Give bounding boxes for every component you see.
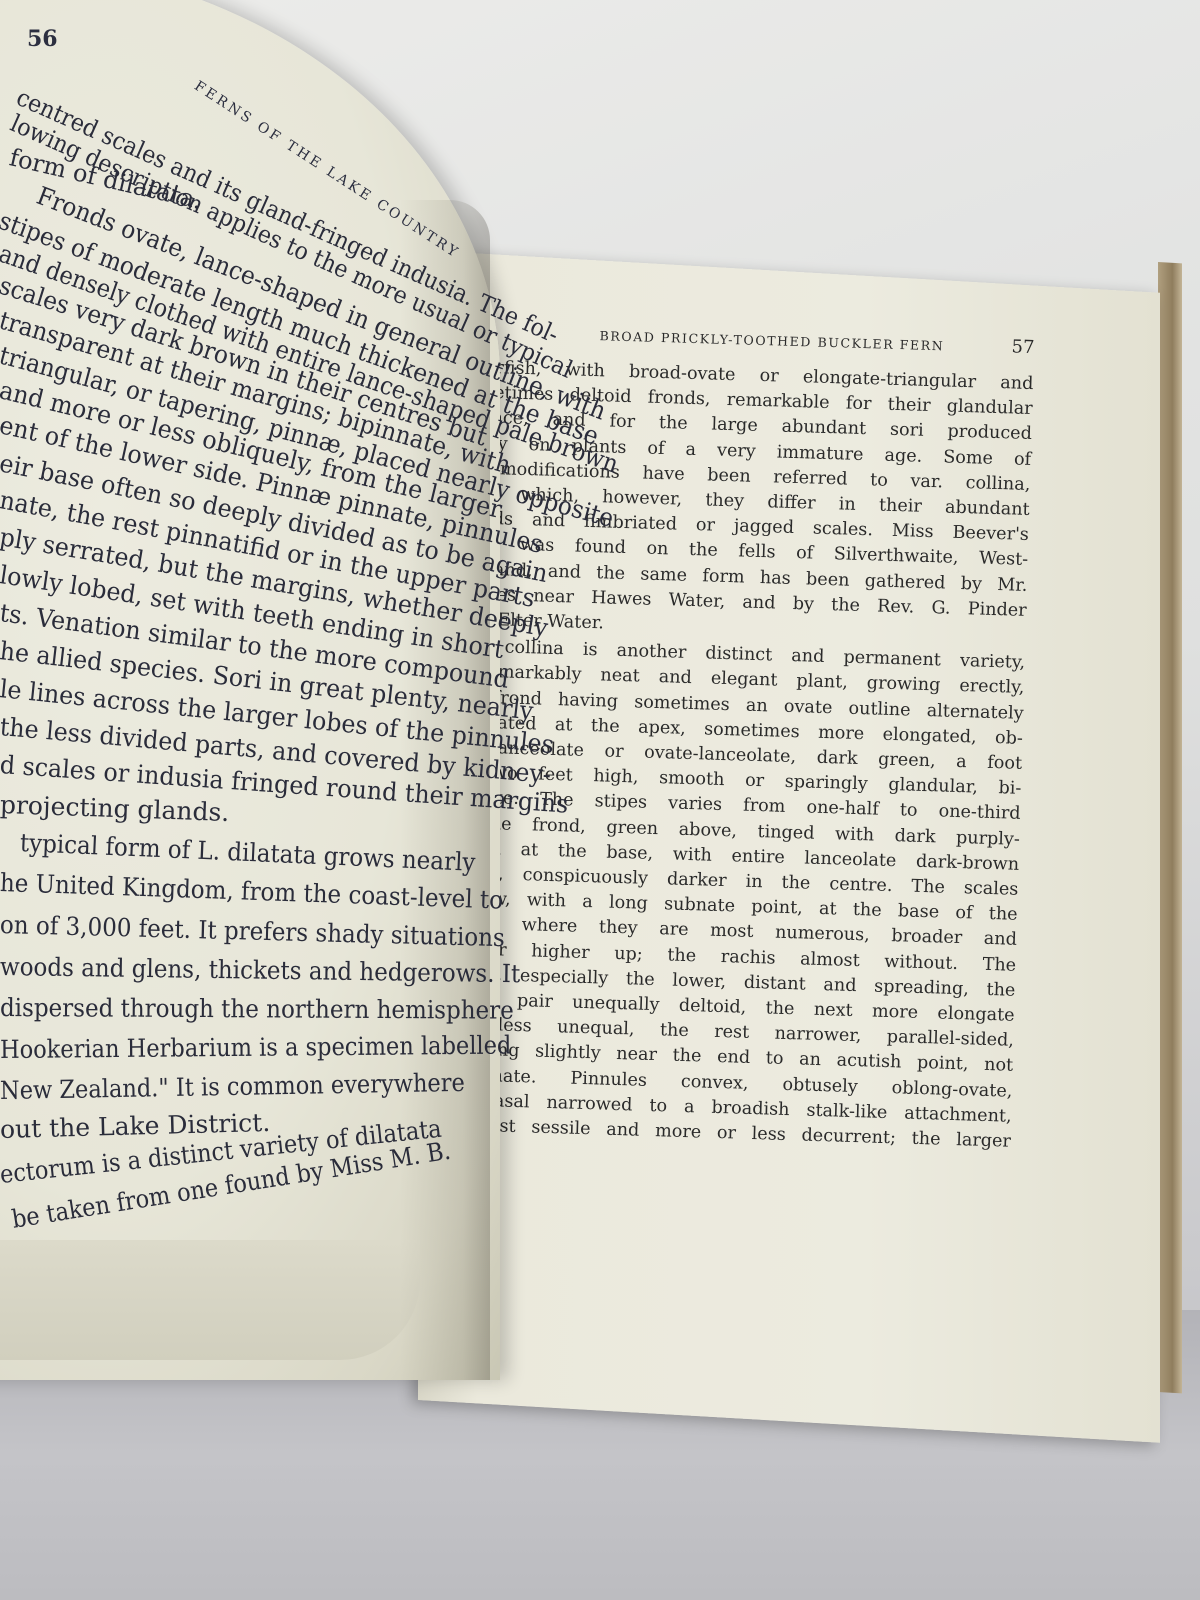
text-line: dispersed through the northern hemispher…	[0, 993, 514, 1025]
page-block-edge	[1158, 262, 1182, 1393]
text-line: Hookerian Herbarium is a specimen labell…	[0, 1031, 511, 1064]
left-page-curl	[0, 1240, 420, 1360]
right-page-number: 57	[1011, 336, 1035, 358]
right-running-head-title: BROAD PRICKLY-TOOTHED BUCKLER FERN	[599, 328, 944, 353]
left-page-number: 56	[27, 26, 58, 52]
